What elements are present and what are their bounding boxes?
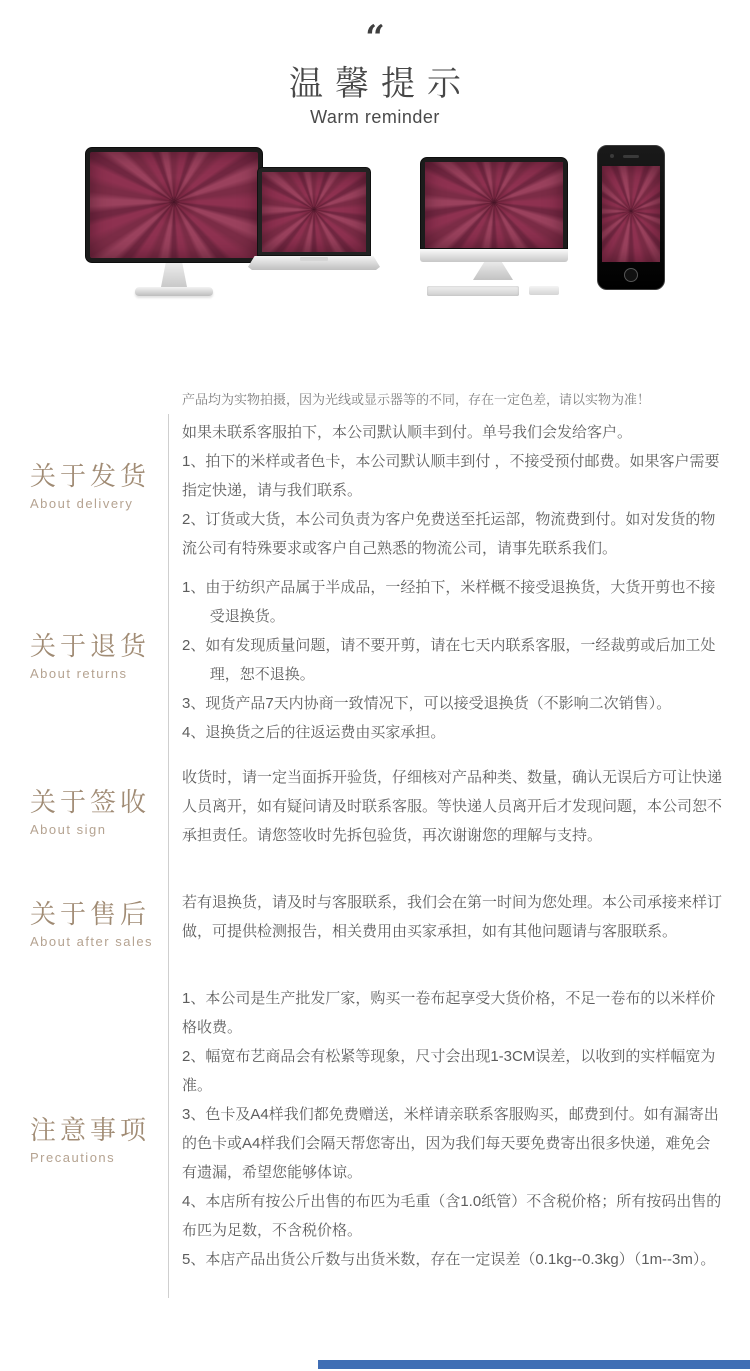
section-about-sign: 关于签收 About sign 收货时，请一定当面拆开验货，仔细核对产品种类、数… <box>0 763 750 855</box>
trackpad-icon <box>529 286 559 295</box>
laptop-keyboard-deck <box>248 256 380 270</box>
section-title-en: Precautions <box>30 1150 168 1165</box>
page-title: 温馨提示 <box>0 56 750 105</box>
section-about-after-sales: 关于售后 About after sales 若有退换货，请及时与客服联系，我们… <box>0 888 750 954</box>
section-body: 收货时，请一定当面拆开验货，仔细核对产品种类、数量，确认无误后方可让快递人员离开… <box>168 763 750 855</box>
section-title-cn: 关于发货 <box>30 456 168 493</box>
section-title-en: About returns <box>30 666 168 681</box>
section-body: 若有退换货，请及时与客服联系，我们会在第一时间为您处理。本公司承接来样订做，可提… <box>168 888 750 954</box>
paragraph: 2、如有发现质量问题，请不要开剪，请在七天内联系客服，一经裁剪或后加工处理，恕不… <box>182 631 725 689</box>
section-title-cn: 关于退货 <box>30 626 168 663</box>
paragraph: 如果未联系客服拍下，本公司默认顺丰到付。单号我们会发给客户。 <box>182 418 725 447</box>
monitor-screen <box>85 147 263 263</box>
paragraph: 收货时，请一定当面拆开验货，仔细核对产品种类、数量，确认无误后方可让快递人员离开… <box>182 763 725 850</box>
laptop-screen <box>257 167 371 256</box>
paragraph: 4、本店所有按公斤出售的布匹为毛重（含1.0纸管）不含税价格；所有按码出售的布匹… <box>182 1187 725 1245</box>
paragraph: 2、幅宽布艺商品会有松紧等现象，尺寸会出现1-3CM误差，以收到的实样幅宽为准。 <box>182 1042 725 1100</box>
iphone-top-bezel <box>598 146 664 166</box>
iphone-mockup <box>597 145 665 290</box>
section-title-en: About sign <box>30 822 168 837</box>
monitor-mockup <box>85 147 263 296</box>
section-label: 关于售后 About after sales <box>0 888 168 954</box>
paragraph: 1、由于纺织产品属于半成品，一经拍下，米样概不接受退换货，大货开剪也不接受退换货… <box>182 573 725 631</box>
paragraph: 3、现货产品7天内协商一致情况下，可以接受退换货（不影响二次销售）。 <box>182 689 725 718</box>
page-subtitle: Warm reminder <box>0 107 750 128</box>
paragraph: 1、本公司是生产批发厂家，购买一卷布起享受大货价格，不足一卷布的以米样价格收费。 <box>182 984 725 1042</box>
paragraph: 1、拍下的米样或者色卡，本公司默认顺丰到付 ，不接受预付邮费。如果客户需要指定快… <box>182 447 725 505</box>
fabric-swatch-image <box>90 152 258 258</box>
monitor-base <box>135 287 213 296</box>
imac-chin <box>420 249 568 262</box>
section-title-en: About delivery <box>30 496 168 511</box>
quote-icon: “ <box>0 28 750 50</box>
fabric-swatch-image <box>425 162 563 248</box>
paragraph: 4、退换货之后的往返运费由买家承担。 <box>182 718 725 747</box>
section-body: 1、由于纺织产品属于半成品，一经拍下，米样概不接受退换货，大货开剪也不接受退换货… <box>168 573 750 733</box>
imac-stand <box>473 262 513 280</box>
paragraph: 若有退换货，请及时与客服联系，我们会在第一时间为您处理。本公司承接来样订做，可提… <box>182 888 725 946</box>
section-label: 关于退货 About returns <box>0 573 168 733</box>
camera-dot-icon <box>610 154 614 158</box>
imac-screen <box>420 157 568 249</box>
paragraph: 2、订货或大货，本公司负责为客户免费送至托运部，物流费到付。如对发货的物流公司有… <box>182 505 725 563</box>
section-label: 关于发货 About delivery <box>0 418 168 548</box>
fabric-swatch-image <box>262 172 366 252</box>
imac-peripherals <box>420 286 566 296</box>
paragraph: 5、本店产品出货公斤数与出货米数，存在一定误差（0.1kg--0.3kg）（1m… <box>182 1245 725 1274</box>
warm-reminder-page: “ 温馨提示 Warm reminder <box>0 0 750 1371</box>
home-button-icon <box>624 268 638 282</box>
section-about-delivery: 关于发货 About delivery 如果未联系客服拍下，本公司默认顺丰到付。… <box>0 418 750 548</box>
page-header: “ 温馨提示 Warm reminder <box>0 28 750 128</box>
section-label: 注意事项 Precautions <box>0 984 168 1290</box>
laptop-mockup <box>248 167 380 270</box>
bottom-accent-bar <box>318 1360 750 1369</box>
speaker-slit-icon <box>623 155 639 158</box>
color-difference-notice: 产品均为实物拍摄，因为光线或显示器等的不同，存在一定色差，请以实物为准！ <box>182 389 650 408</box>
section-body: 如果未联系客服拍下，本公司默认顺丰到付。单号我们会发给客户。 1、拍下的米样或者… <box>168 418 750 548</box>
section-label: 关于签收 About sign <box>0 763 168 855</box>
section-title-cn: 关于售后 <box>30 894 168 931</box>
fabric-swatch-image <box>602 166 660 262</box>
section-about-returns: 关于退货 About returns 1、由于纺织产品属于半成品，一经拍下，米样… <box>0 573 750 733</box>
section-title-cn: 关于签收 <box>30 782 168 819</box>
device-mockup-strip <box>0 145 750 295</box>
section-title-cn: 注意事项 <box>30 1110 168 1147</box>
imac-mockup <box>420 157 566 296</box>
section-title-en: About after sales <box>30 934 168 949</box>
paragraph: 3、色卡及A4样我们都免费赠送，米样请亲联系客服购买，邮费到付。如有漏寄出的色卡… <box>182 1100 725 1187</box>
iphone-bottom-bezel <box>598 262 664 288</box>
section-body: 1、本公司是生产批发厂家，购买一卷布起享受大货价格，不足一卷布的以米样价格收费。… <box>168 984 750 1290</box>
keyboard-icon <box>427 286 519 296</box>
monitor-stand <box>161 263 187 287</box>
section-precautions: 注意事项 Precautions 1、本公司是生产批发厂家，购买一卷布起享受大货… <box>0 984 750 1290</box>
